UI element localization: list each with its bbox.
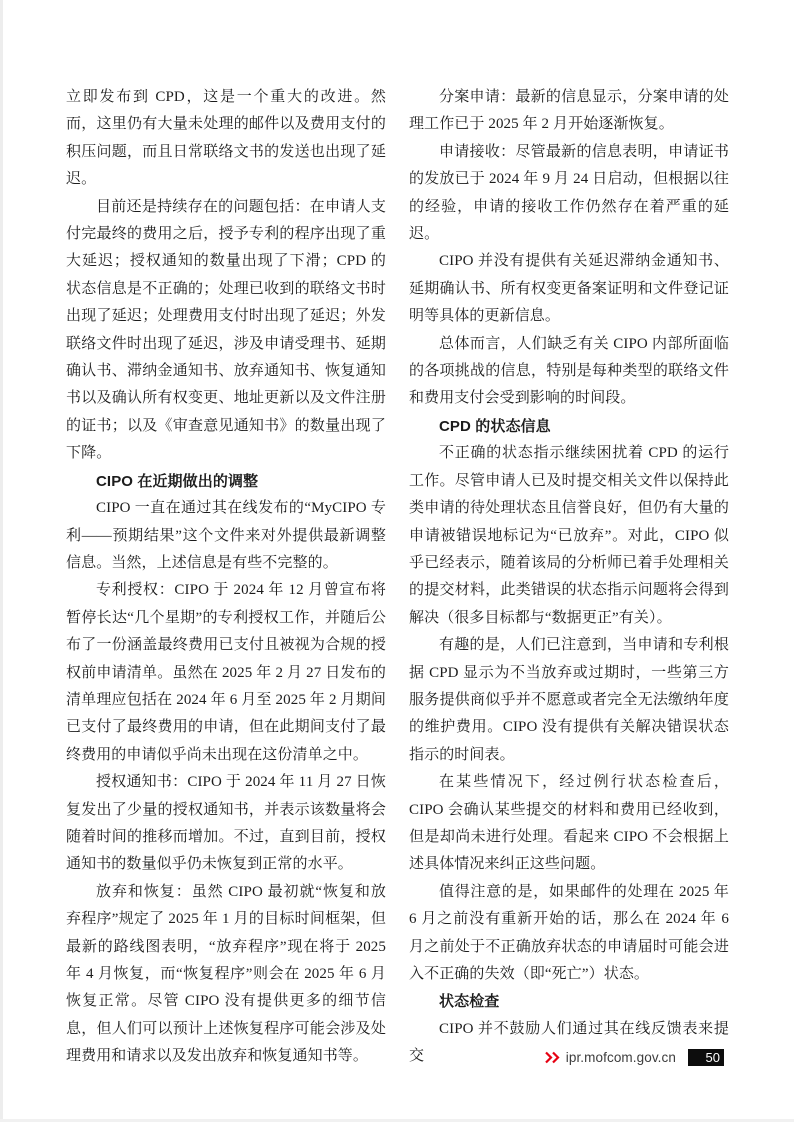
body-paragraph: 专利授权：CIPO 于 2024 年 12 月曾宣布将暂停长达“几个星期”的专利…	[66, 577, 386, 769]
section-heading: CPD 的状态信息	[409, 413, 729, 440]
page-edge-left	[0, 0, 3, 1122]
body-paragraph: CIPO 并没有提供有关延迟滞纳金通知书、延期确认书、所有权变更备案证明和文件登…	[409, 248, 729, 330]
right-column: 分案申请：最新的信息显示，分案申请的处理工作已于 2025 年 2 月开始逐渐恢…	[409, 84, 729, 1071]
body-paragraph: 总体而言，人们缺乏有关 CIPO 内部所面临的各项挑战的信息，特别是每种类型的联…	[409, 331, 729, 413]
page-number-badge: 50	[688, 1049, 724, 1066]
body-paragraph: 立即发布到 CPD，这是一个重大的改进。然而，这里仍有大量未处理的邮件以及费用支…	[66, 84, 386, 194]
body-paragraph: CIPO 一直在通过其在线发布的“MyCIPO 专利——预期结果”这个文件来对外…	[66, 495, 386, 577]
body-paragraph: 授权通知书：CIPO 于 2024 年 11 月 27 日恢复发出了少量的授权通…	[66, 769, 386, 879]
page-number: 50	[706, 1050, 720, 1065]
body-paragraph: 值得注意的是，如果邮件的处理在 2025 年 6 月之前没有重新开始的话，那么在…	[409, 879, 729, 989]
double-angle-right-icon	[544, 1051, 561, 1064]
page-footer: ipr.mofcom.gov.cn 50	[544, 1046, 724, 1068]
section-heading: CIPO 在近期做出的调整	[66, 468, 386, 495]
left-column: 立即发布到 CPD，这是一个重大的改进。然而，这里仍有大量未处理的邮件以及费用支…	[66, 84, 386, 1071]
body-paragraph: 在某些情况下，经过例行状态检查后，CIPO 会确认某些提交的材料和费用已经收到，…	[409, 769, 729, 879]
body-paragraph: 目前还是持续存在的问题包括：在申请人支付完最终的费用之后，授予专利的程序出现了重…	[66, 194, 386, 468]
body-paragraph: 申请接收：尽管最新的信息表明，申请证书的发放已于 2024 年 9 月 24 日…	[409, 139, 729, 249]
body-paragraph: 放弃和恢复：虽然 CIPO 最初就“恢复和放弃程序”规定了 2025 年 1 月…	[66, 879, 386, 1071]
section-heading: 状态检查	[409, 988, 729, 1015]
document-page: 立即发布到 CPD，这是一个重大的改进。然而，这里仍有大量未处理的邮件以及费用支…	[0, 0, 794, 1122]
body-paragraph: 分案申请：最新的信息显示，分案申请的处理工作已于 2025 年 2 月开始逐渐恢…	[409, 84, 729, 139]
body-paragraph: 不正确的状态指示继续困扰着 CPD 的运行工作。尽管申请人已及时提交相关文件以保…	[409, 440, 729, 632]
body-paragraph: 有趣的是，人们已注意到，当申请和专利根据 CPD 显示为不当放弃或过期时，一些第…	[409, 632, 729, 769]
footer-site-url: ipr.mofcom.gov.cn	[566, 1050, 676, 1065]
